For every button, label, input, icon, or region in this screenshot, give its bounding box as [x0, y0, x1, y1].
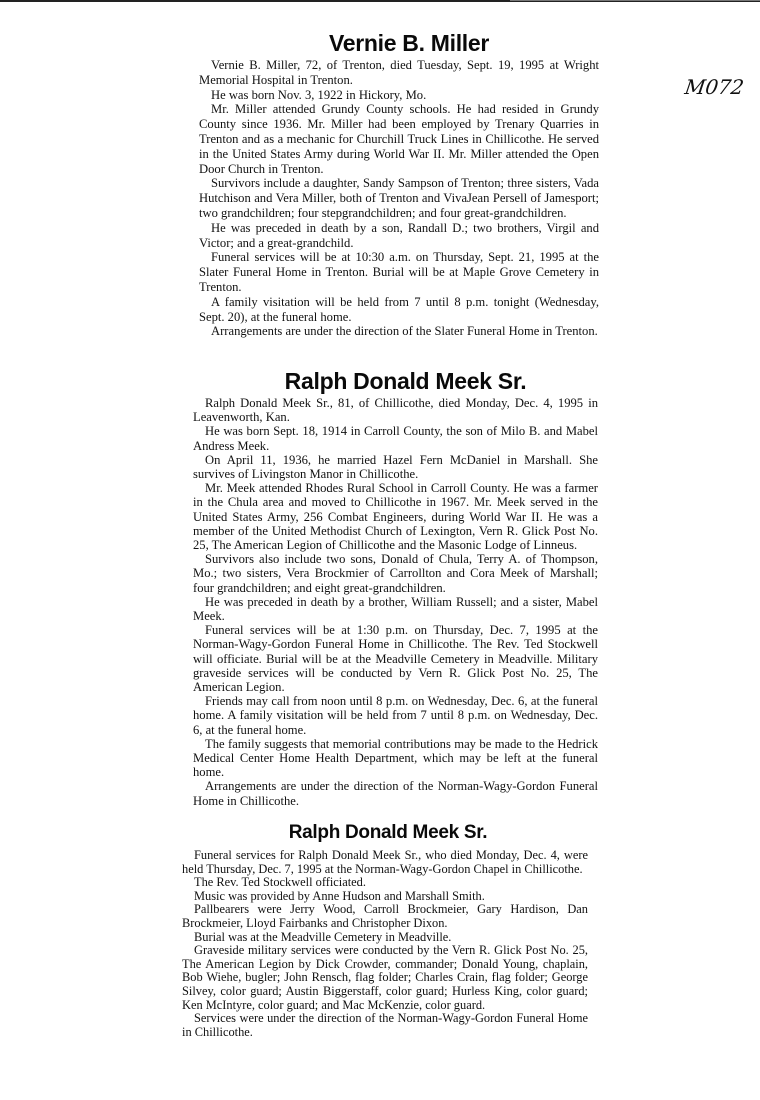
page-top-border: [0, 0, 760, 2]
handwritten-annotation: M072: [683, 75, 745, 99]
obituary-paragraph: Survivors also include two sons, Donald …: [193, 552, 598, 595]
obituary-paragraph: He was born Sept. 18, 1914 in Carroll Co…: [193, 424, 598, 452]
obituary-ralph-meek: Ralph Donald Meek Sr. Ralph Donald Meek …: [193, 366, 598, 808]
obituary-paragraph: A family visitation will be held from 7 …: [199, 295, 599, 325]
obituary-paragraph: Friends may call from noon until 8 p.m. …: [193, 694, 598, 737]
obituary-paragraph: The Rev. Ted Stockwell officiated.: [182, 876, 588, 890]
obituary-paragraph: Mr. Meek attended Rhodes Rural School in…: [193, 481, 598, 552]
obituary-paragraph: Ralph Donald Meek Sr., 81, of Chillicoth…: [193, 396, 598, 424]
obituary-ralph-meek-services: Ralph Donald Meek Sr. Funeral services f…: [182, 820, 588, 1039]
obituary-paragraph: The family suggests that memorial contri…: [193, 737, 598, 780]
obituary-paragraph: Arrangements are under the direction of …: [193, 779, 598, 807]
obituary-title: Vernie B. Miller: [219, 28, 599, 58]
obituary-paragraph: Burial was at the Meadville Cemetery in …: [182, 931, 588, 945]
obituary-title: Ralph Donald Meek Sr.: [188, 820, 588, 846]
obituary-vernie-miller: Vernie B. Miller Vernie B. Miller, 72, o…: [199, 28, 599, 339]
obituary-paragraph: On April 11, 1936, he married Hazel Fern…: [193, 453, 598, 481]
obituary-paragraph: Funeral services for Ralph Donald Meek S…: [182, 849, 588, 876]
obituary-paragraph: Services were under the direction of the…: [182, 1012, 588, 1039]
obituary-paragraph: Vernie B. Miller, 72, of Trenton, died T…: [199, 58, 599, 88]
obituary-paragraph: Arrangements are under the direction of …: [199, 324, 599, 339]
page-top-border-fade: [510, 0, 760, 1]
obituary-paragraph: Graveside military services were conduct…: [182, 944, 588, 1012]
obituary-paragraph: He was preceded in death by a brother, W…: [193, 595, 598, 623]
obituary-paragraph: He was born Nov. 3, 1922 in Hickory, Mo.: [199, 88, 599, 103]
obituary-paragraph: Funeral services will be at 10:30 a.m. o…: [199, 250, 599, 294]
obituary-paragraph: Music was provided by Anne Hudson and Ma…: [182, 890, 588, 904]
obituary-paragraph: He was preceded in death by a son, Randa…: [199, 221, 599, 251]
obituary-title: Ralph Donald Meek Sr.: [213, 366, 598, 396]
obituary-paragraph: Survivors include a daughter, Sandy Samp…: [199, 176, 599, 220]
obituary-paragraph: Pallbearers were Jerry Wood, Carroll Bro…: [182, 903, 588, 930]
obituary-paragraph: Mr. Miller attended Grundy County school…: [199, 102, 599, 176]
obituary-paragraph: Funeral services will be at 1:30 p.m. on…: [193, 623, 598, 694]
